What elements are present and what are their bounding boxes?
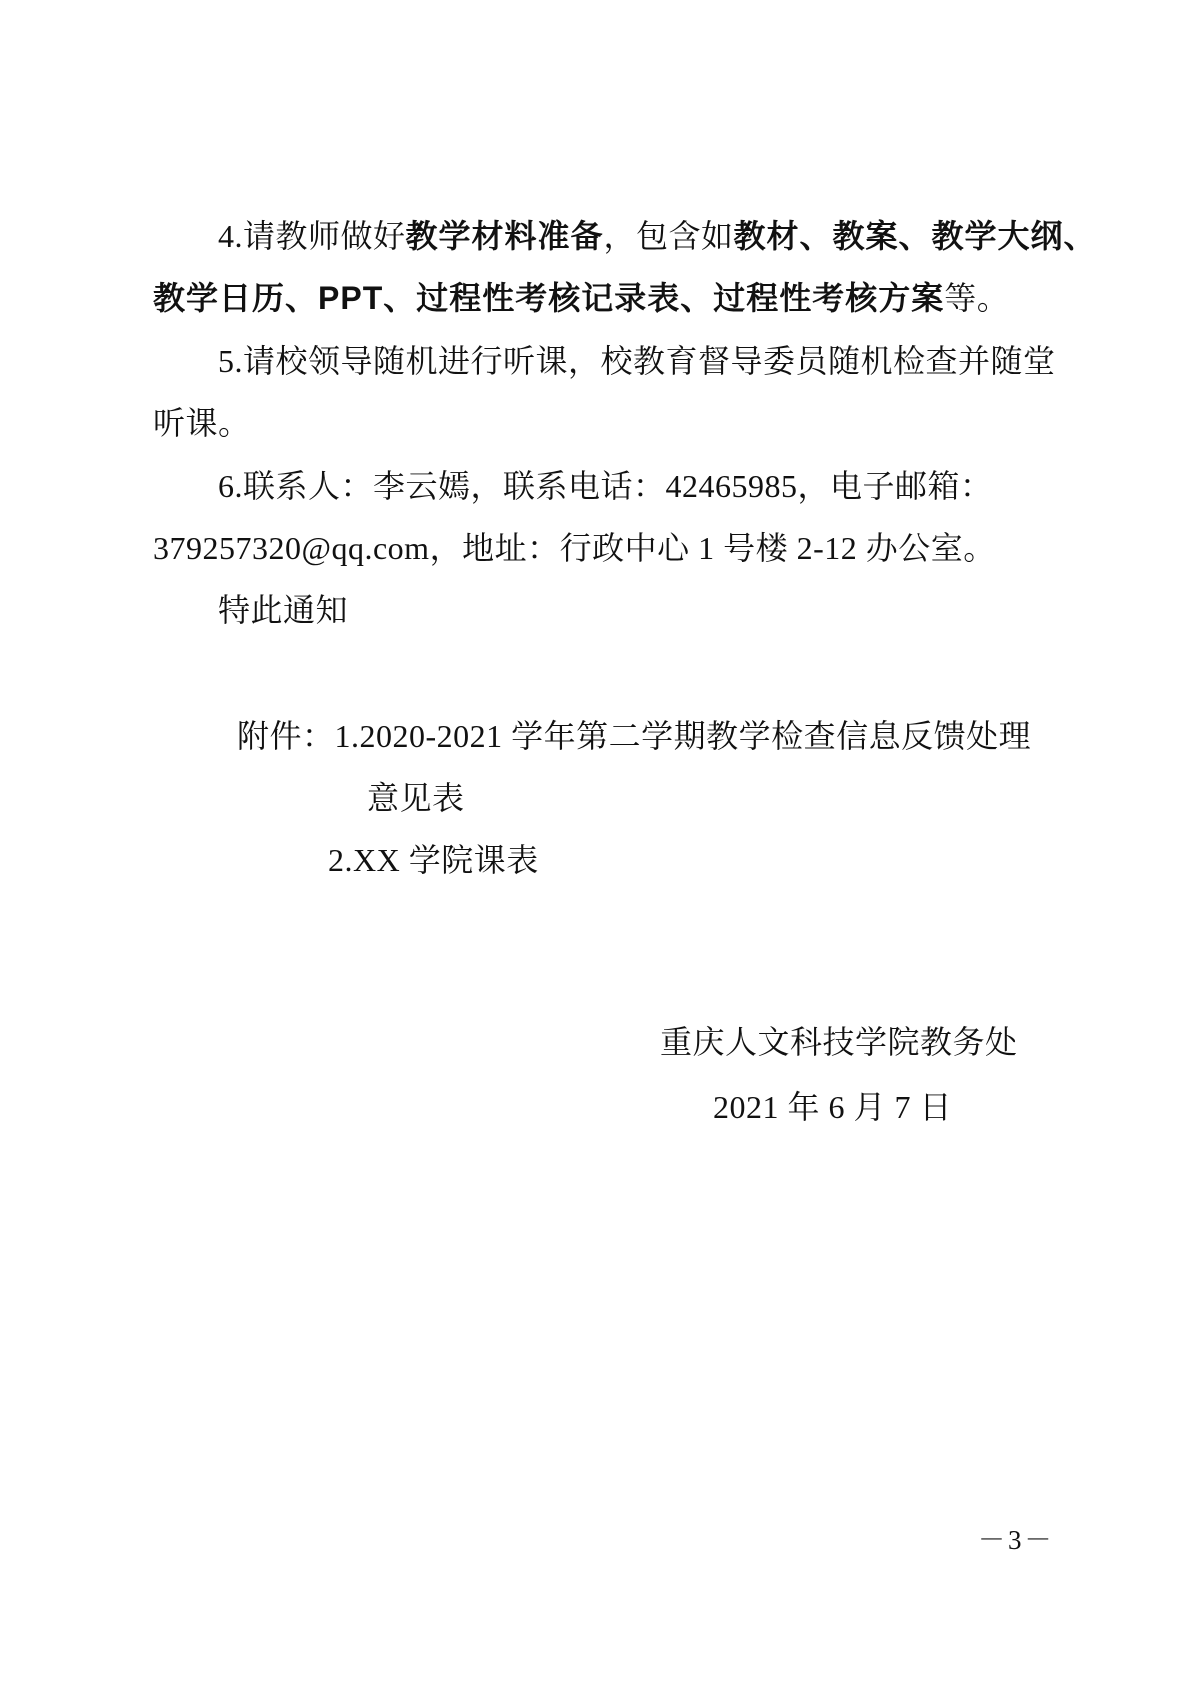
signature-org: 重庆人文科技学院教务处 <box>660 1022 1018 1062</box>
body-text: 特此通知 <box>218 592 348 628</box>
attachment-line-2: 意见表 <box>367 778 465 818</box>
attachment-line-1: 附件：1.2020-2021 学年第二学期教学检查信息反馈处理 <box>237 716 1031 756</box>
notice-item-4-line-1: 4.请教师做好教学材料准备，包含如教材、教案、教学大纲、 <box>218 216 1097 256</box>
signature-date: 2021 年 6 月 7 日 <box>713 1087 952 1127</box>
page-number: －3－ <box>978 1518 1055 1557</box>
signature-date-text: 2021 年 6 月 7 日 <box>713 1089 952 1125</box>
body-text: 5.请校领导随机进行听课，校教育督导委员随机检查并随堂 <box>218 343 1056 379</box>
body-text: 4.请教师做好 <box>218 218 406 254</box>
notice-item-5-line-2: 听课。 <box>153 403 251 443</box>
notice-item-6-line-1: 6.联系人：李云嫣，联系电话：42465985，电子邮箱： <box>218 466 993 506</box>
attachment-text: 意见表 <box>367 780 465 816</box>
body-text-bold: 教学日历、PPT、过程性考核记录表、过程性考核方案 <box>153 280 944 316</box>
body-text: 6.联系人：李云嫣，联系电话：42465985，电子邮箱： <box>218 468 993 504</box>
closing-line: 特此通知 <box>218 590 348 630</box>
body-text: ，包含如 <box>604 218 734 254</box>
attachment-line-3: 2.XX 学院课表 <box>328 840 539 880</box>
body-text: 等。 <box>944 280 1009 316</box>
notice-item-6-line-2: 379257320@qq.com，地址：行政中心 1 号楼 2-12 办公室。 <box>153 528 996 568</box>
attachment-text: 附件：1.2020-2021 学年第二学期教学检查信息反馈处理 <box>237 718 1031 754</box>
body-text-bold: 教材、教案、教学大纲、 <box>734 218 1097 254</box>
body-text: 379257320@qq.com，地址：行政中心 1 号楼 2-12 办公室。 <box>153 530 996 566</box>
attachment-text: 2.XX 学院课表 <box>328 842 539 878</box>
notice-document-page: 4.请教师做好教学材料准备，包含如教材、教案、教学大纲、 教学日历、PPT、过程… <box>0 0 1191 1684</box>
signature-org-text: 重庆人文科技学院教务处 <box>660 1024 1018 1060</box>
body-text-bold: 教学材料准备 <box>406 218 604 254</box>
body-text: 听课。 <box>153 405 251 441</box>
notice-item-4-line-2: 教学日历、PPT、过程性考核记录表、过程性考核方案等。 <box>153 278 1009 318</box>
notice-item-5-line-1: 5.请校领导随机进行听课，校教育督导委员随机检查并随堂 <box>218 341 1056 381</box>
